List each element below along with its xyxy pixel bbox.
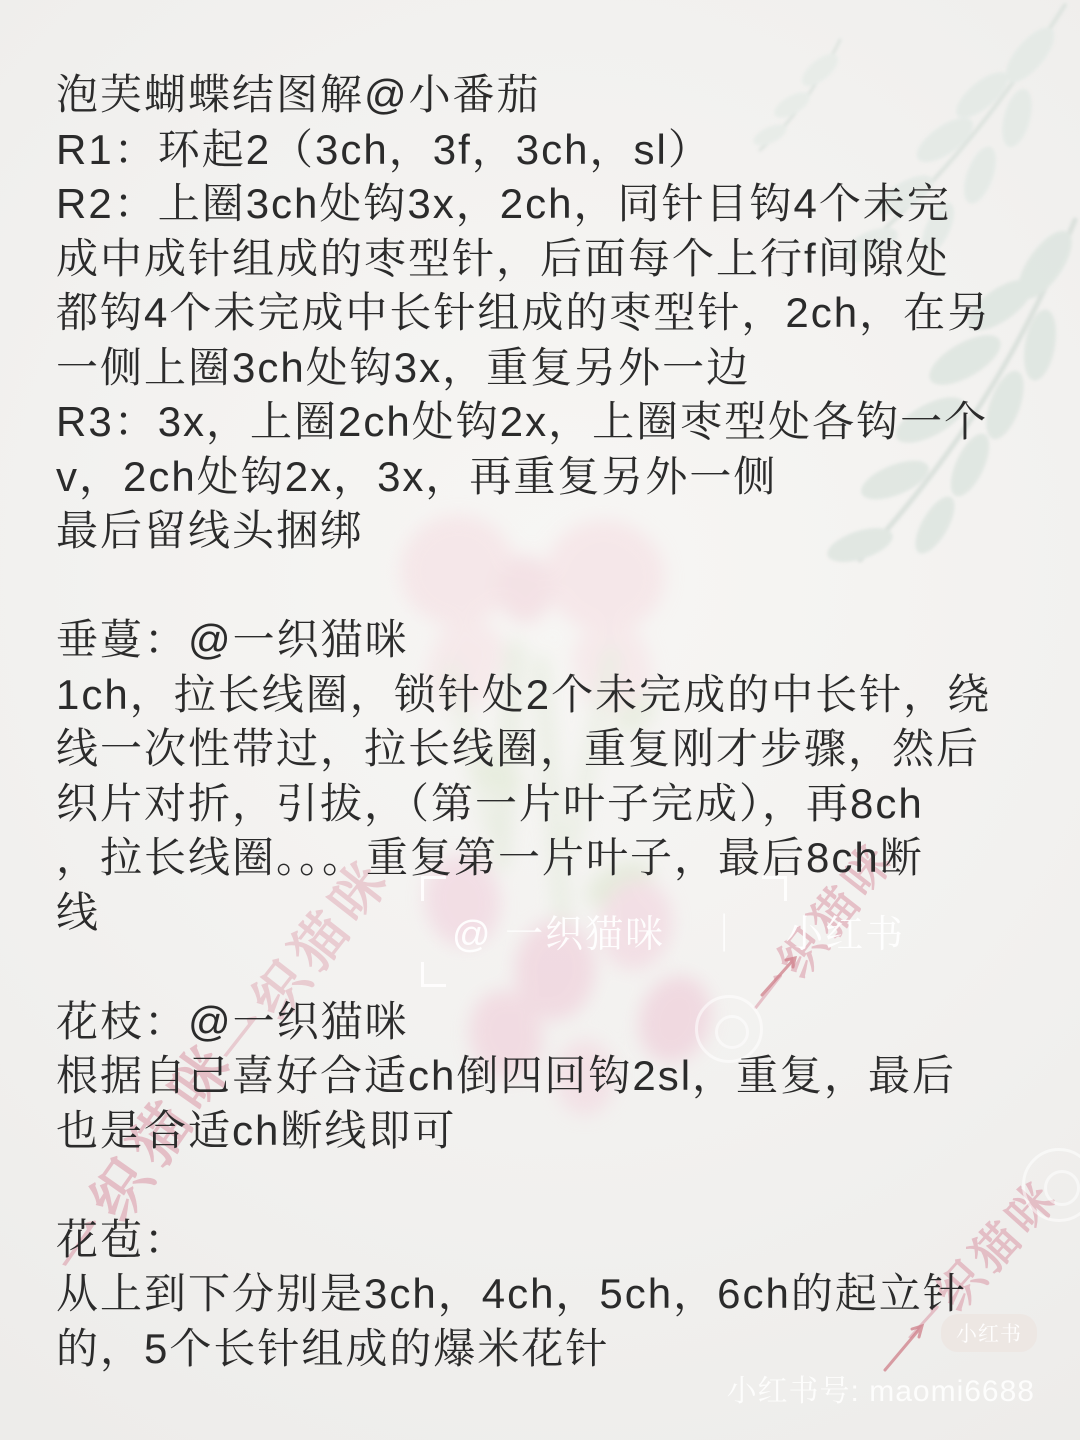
text-line: 成中成针组成的枣型针，后面每个上行f间隙处 [56, 232, 1050, 287]
text-line: 从上到下分别是3ch，4ch，5ch，6ch的起立针 [56, 1267, 1050, 1322]
text-line: 垂蔓：@一织猫咪 [56, 613, 1050, 668]
text-line: 花苞： [56, 1213, 1050, 1268]
text-line: 一侧上圈3ch处钩3x，重复另外一边 [56, 341, 1050, 396]
text-line: ，拉长线圈。。。重复第一片叶子，最后8ch断 [56, 831, 1050, 886]
text-line: 线 [56, 886, 1050, 941]
text-line: v，2ch处钩2x，3x，再重复另外一侧 [56, 450, 1050, 505]
text-line: R3：3x，上圈2ch处钩2x，上圈枣型处各钩一个 [56, 395, 1050, 450]
pattern-text: 泡芙蝴蝶结图解@小番茄R1：环起2（3ch，3f，3ch，sl）R2：上圈3ch… [56, 68, 1050, 1376]
text-line: 织片对折，引拔，（第一片叶子完成），再8ch [56, 777, 1050, 832]
text-line: 最后留线头捆绑 [56, 504, 1050, 559]
text-line: 线一次性带过，拉长线圈，重复刚才步骤，然后 [56, 722, 1050, 777]
text-line [56, 559, 1050, 614]
text-line: 也是合适ch断线即可 [56, 1104, 1050, 1159]
text-line: R1：环起2（3ch，3f，3ch，sl） [56, 123, 1050, 178]
text-line: 花枝：@一织猫咪 [56, 995, 1050, 1050]
text-line [56, 1158, 1050, 1213]
text-line: R2：上圈3ch处钩3x，2ch，同针目钩4个未完 [56, 177, 1050, 232]
text-line: 都钩4个未完成中长针组成的枣型针，2ch，在另 [56, 286, 1050, 341]
text-line [56, 940, 1050, 995]
text-line: 根据自己喜好合适ch倒四回钩2sl，重复，最后 [56, 1049, 1050, 1104]
text-line: 1ch，拉长线圈，锁针处2个未完成的中长针，绕 [56, 668, 1050, 723]
note-screenshot: 一织猫咪 一织猫咪 一织猫咪 一织猫咪 @ 一织猫咪 ｜ 小红书 泡芙蝴蝶结图解… [0, 0, 1080, 1440]
text-line: 泡芙蝴蝶结图解@小番茄 [56, 68, 1050, 123]
text-line: 的，5个长针组成的爆米花针 [56, 1322, 1050, 1377]
